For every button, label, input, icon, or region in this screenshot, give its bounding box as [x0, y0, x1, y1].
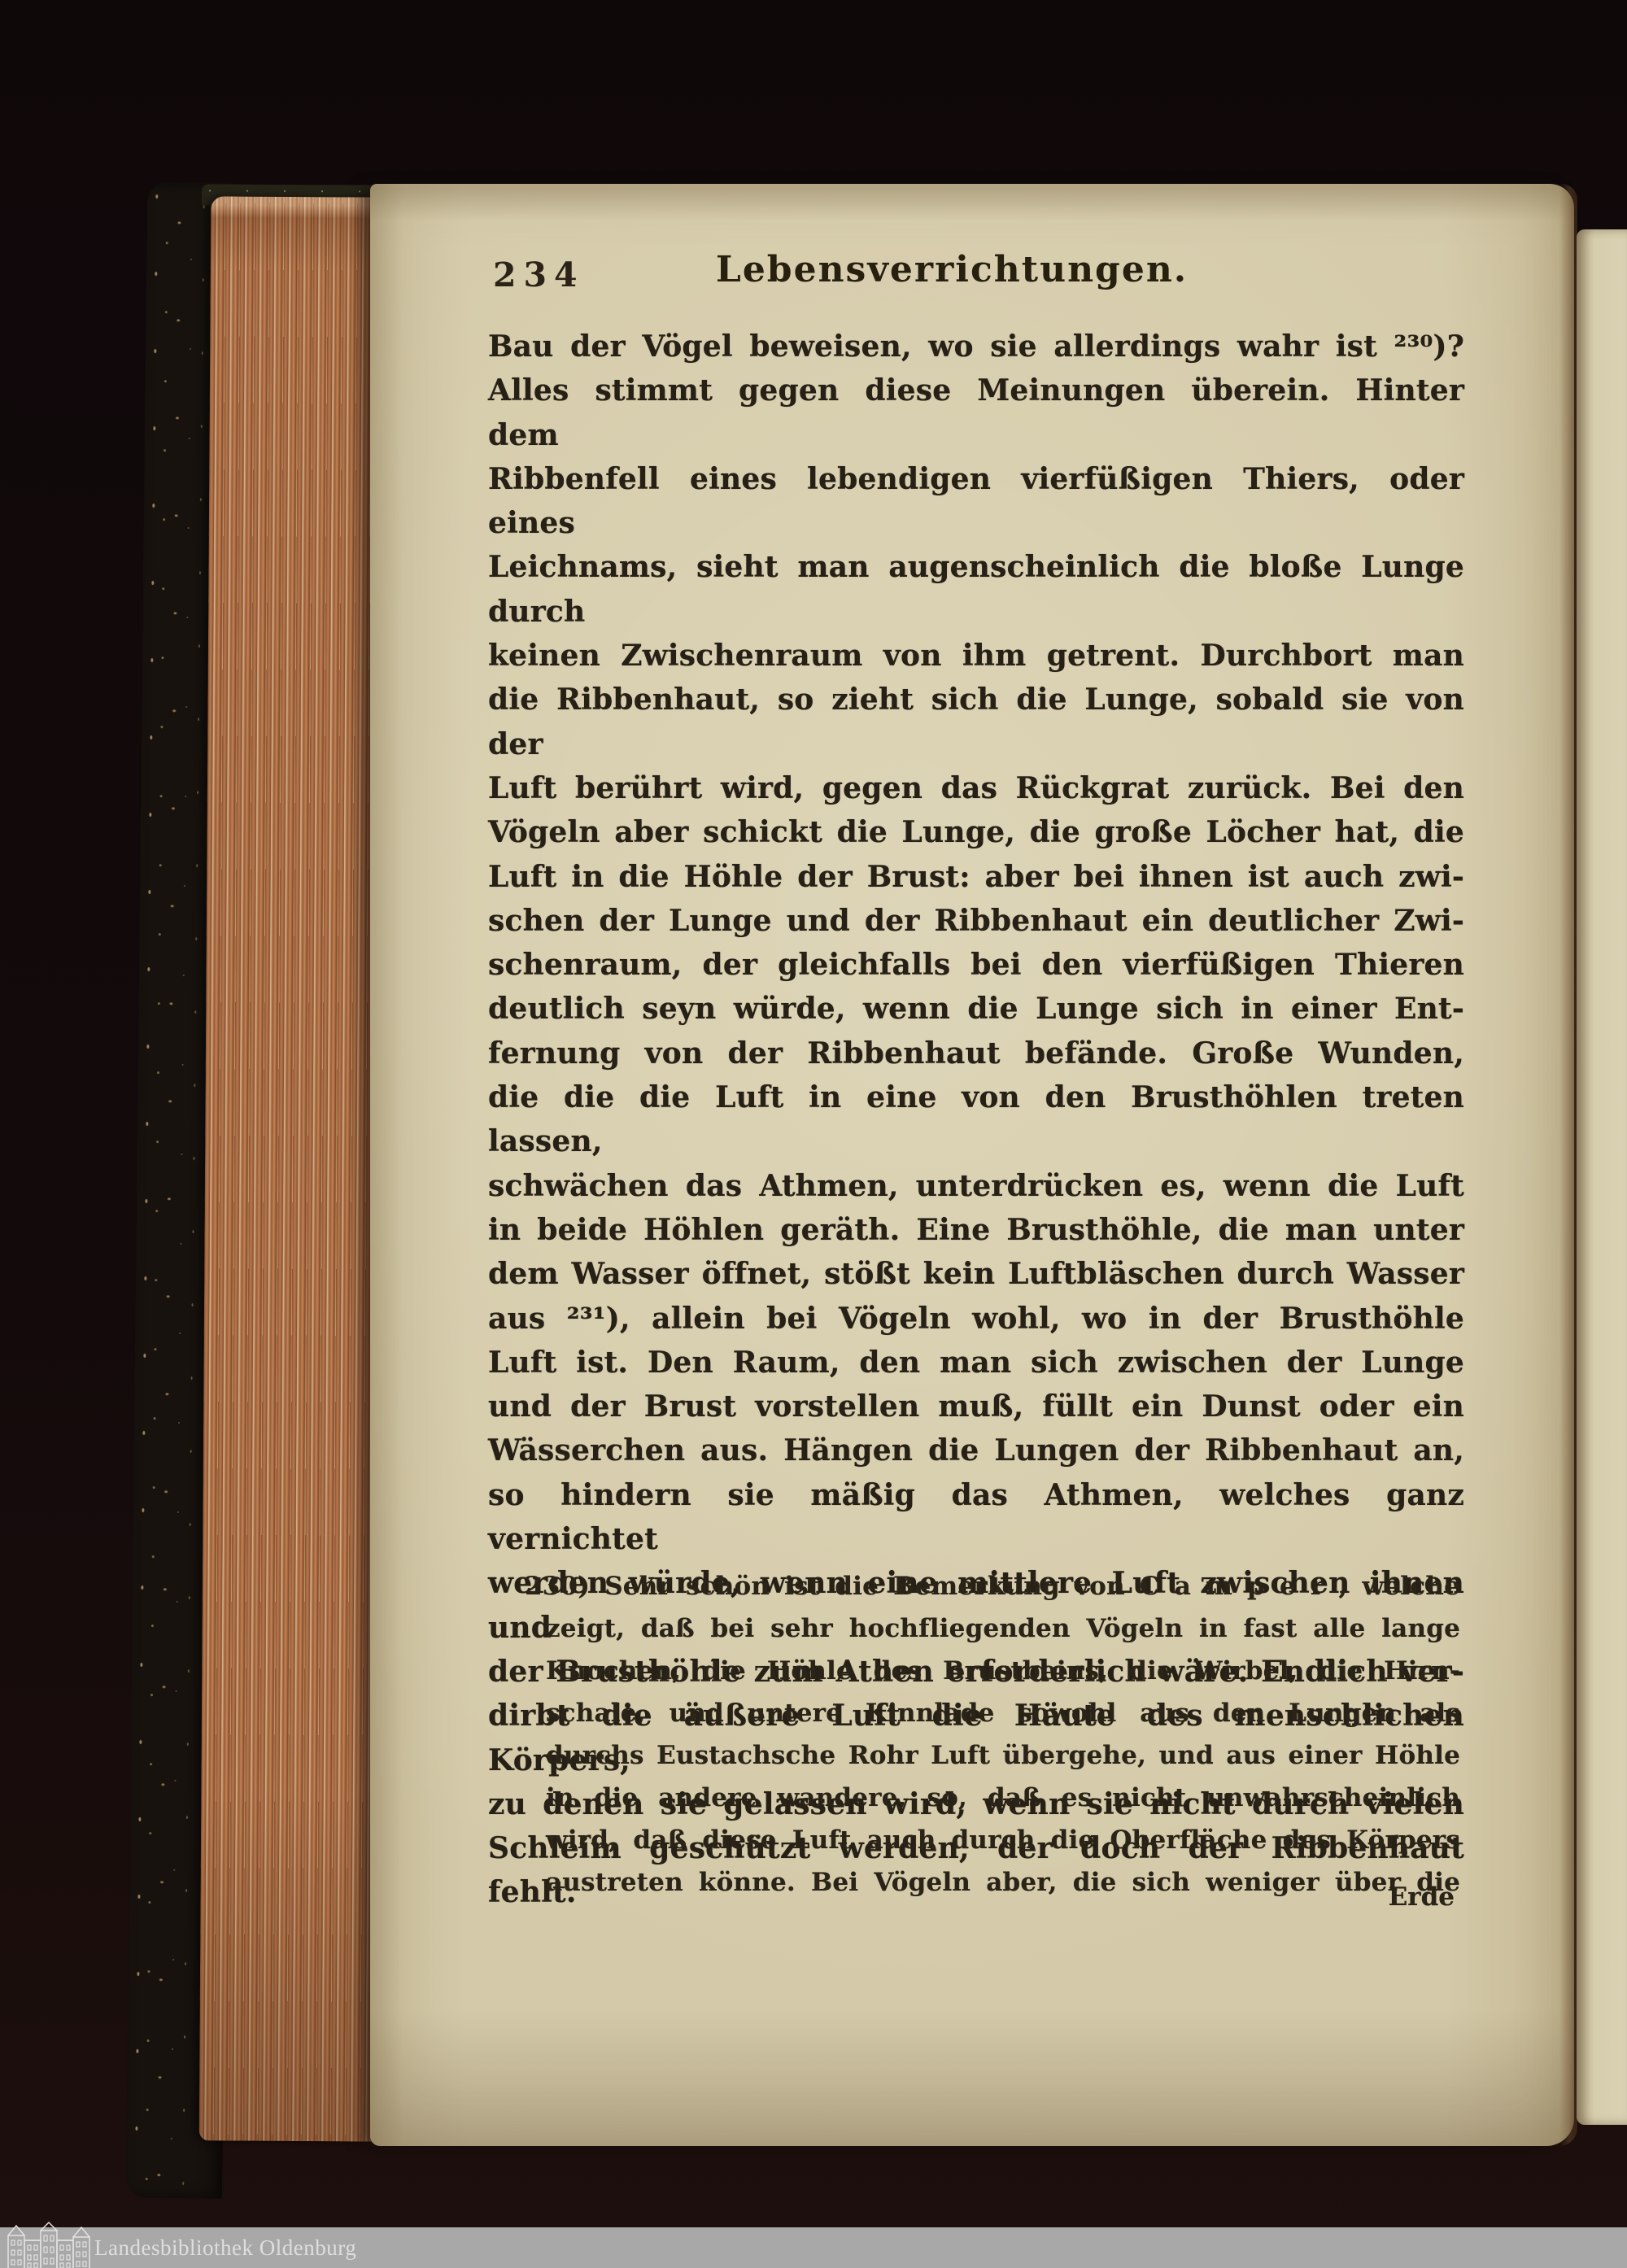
text-line: Luft berührt wird, gegen das Rückgrat zu… — [488, 766, 1464, 810]
text-line: schen der Lunge und der Ribbenhaut ein d… — [488, 899, 1464, 943]
text-line: schwächen das Athmen, unterdrücken es, w… — [488, 1164, 1464, 1208]
text-line: so hindern sie mäßig das Athmen, welches… — [488, 1473, 1464, 1562]
footnote-line: 230) Sehr schön ist die Bemerkung von C … — [525, 1565, 1460, 1607]
footnote-line: Knochen, die Höhle des Brustbeins, die W… — [525, 1650, 1460, 1692]
footnote-line: in die andere wandere, so, daß es nicht … — [525, 1777, 1460, 1819]
footnote-line: schale, und untere Kinnlade sowohl aus d… — [525, 1692, 1460, 1734]
text-line: schenraum, der gleichfalls bei den vierf… — [488, 943, 1464, 987]
facing-page-edge — [1577, 229, 1627, 2125]
library-watermark-banner: Landesbibliothek Oldenburg — [0, 2227, 1627, 2268]
text-line: Ribbenfell eines lebendigen vierfüßigen … — [488, 457, 1464, 546]
footnote-line: zeigt, daß bei sehr hochfliegenden Vögel… — [525, 1607, 1460, 1650]
catchword: Erde — [488, 1882, 1455, 1912]
text-line: Luft in die Höhle der Brust: aber bei ih… — [488, 855, 1464, 899]
text-line: die Ribbenhaut, so zieht sich die Lunge,… — [488, 678, 1464, 766]
text-line: Luft ist. Den Raum, den man sich zwische… — [488, 1341, 1464, 1385]
watermark-label: Landesbibliothek Oldenburg — [94, 2235, 356, 2261]
footnote-block: 230) Sehr schön ist die Bemerkung von C … — [525, 1565, 1460, 1904]
footnote-line: durchs Eustachsche Rohr Luft übergehe, u… — [525, 1734, 1460, 1777]
library-building-icon — [7, 2221, 91, 2268]
text-line: deutlich seyn würde, wenn die Lunge sich… — [488, 987, 1464, 1031]
text-line: Bau der Vögel beweisen, wo sie allerding… — [488, 325, 1464, 369]
text-line: keinen Zwischenraum von ihm getrent. Dur… — [488, 634, 1464, 678]
text-line: und der Brust vorstellen muß, füllt ein … — [488, 1385, 1464, 1428]
text-line: fernung von der Ribbenhaut befände. Groß… — [488, 1032, 1464, 1075]
text-line: dem Wasser öffnet, stößt kein Luftbläsch… — [488, 1252, 1464, 1296]
page-header: 234 Lebensverrichtungen. — [488, 249, 1464, 299]
text-line: aus ²³¹), allein bei Vögeln wohl, wo in … — [488, 1297, 1464, 1341]
text-line: Wässerchen aus. Hängen die Lungen der Ri… — [488, 1428, 1464, 1472]
text-line: Vögeln aber schickt die Lunge, die große… — [488, 810, 1464, 854]
text-line: in beide Höhlen geräth. Eine Brusthöhle,… — [488, 1208, 1464, 1252]
running-title: Lebensverrichtungen. — [488, 249, 1415, 290]
text-line: Alles stimmt gegen diese Meinungen übere… — [488, 369, 1464, 457]
text-line: Leichnams, sieht man augenscheinlich die… — [488, 545, 1464, 634]
page-fore-edges — [199, 196, 387, 2141]
text-line: die die die Luft in eine von den Brusthö… — [488, 1075, 1464, 1164]
footnote-line: wird, daß diese Luft auch durch die Ober… — [525, 1819, 1460, 1861]
